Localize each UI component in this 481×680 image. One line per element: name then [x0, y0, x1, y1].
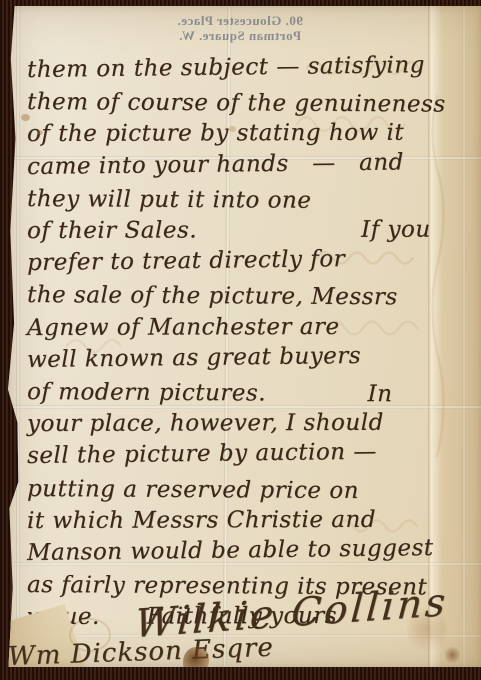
- ink-blot: [183, 647, 209, 677]
- letterhead-line2: Portman Square. W.: [125, 28, 355, 43]
- foxing-spot: [229, 126, 236, 132]
- letter-line: sell the picture by auction —: [27, 435, 477, 473]
- letter-line: came into your hands — and: [27, 145, 477, 183]
- letterhead-showthrough: 90. Gloucester Place. Portman Square. W.: [125, 13, 355, 43]
- stain-small: [445, 646, 460, 664]
- letter-page: 90. Gloucester Place. Portman Square. W.…: [7, 6, 481, 667]
- letter-line: them on the subject — satisfying: [27, 49, 477, 87]
- letter-line: they will put it into one: [27, 183, 477, 218]
- letter-line: prefer to treat directly for: [27, 242, 477, 280]
- foxing-spot: [21, 114, 30, 121]
- stain: [407, 602, 447, 656]
- letter-line: putting a reserved price on: [27, 473, 477, 508]
- letterhead-line1: 90. Gloucester Place.: [125, 13, 355, 28]
- foxing-spot: [37, 130, 43, 135]
- fold-crease-left: [16, 6, 20, 667]
- stain-ring: [69, 618, 111, 652]
- letter-line: Manson would be able to suggest: [27, 532, 477, 570]
- letter-line: well known as great buyers: [27, 338, 477, 376]
- scanned-letter: 90. Gloucester Place. Portman Square. W.…: [0, 0, 481, 680]
- letter-line: the sale of the picture, Messrs: [27, 279, 477, 314]
- letter-body: them on the subject — satisfyingthem of …: [27, 54, 477, 634]
